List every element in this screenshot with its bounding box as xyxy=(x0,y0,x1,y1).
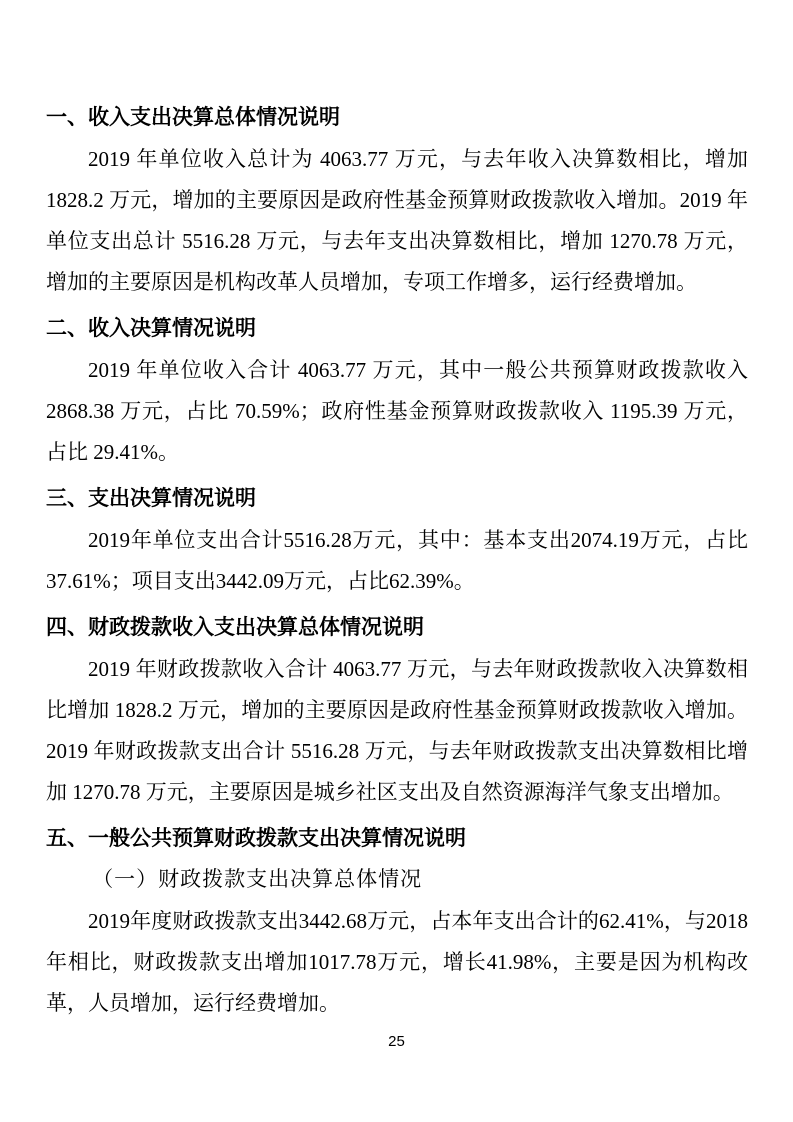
section-fiscal-appropriation-overview: 四、财政拨款收入支出决算总体情况说明 2019 年财政拨款收入合计 4063.7… xyxy=(46,607,748,813)
section-paragraph: 2019年单位支出合计5516.28万元，其中：基本支出2074.19万元，占比… xyxy=(46,520,748,602)
section-heading: 三、支出决算情况说明 xyxy=(46,478,748,519)
section-paragraph: 2019 年单位收入合计 4063.77 万元，其中一般公共预算财政拨款收入 2… xyxy=(46,350,748,473)
section-heading: 四、财政拨款收入支出决算总体情况说明 xyxy=(46,607,748,648)
section-heading: 一、收入支出决算总体情况说明 xyxy=(46,97,748,138)
section-income-final-accounts: 二、收入决算情况说明 2019 年单位收入合计 4063.77 万元，其中一般公… xyxy=(46,308,748,473)
section-expenditure-final-accounts: 三、支出决算情况说明 2019年单位支出合计5516.28万元，其中：基本支出2… xyxy=(46,478,748,602)
section-paragraph: 2019 年财政拨款收入合计 4063.77 万元，与去年财政拨款收入决算数相比… xyxy=(46,649,748,813)
page-number: 25 xyxy=(388,1033,405,1050)
section-paragraph: 2019 年单位收入总计为 4063.77 万元，与去年收入决算数相比，增加 1… xyxy=(46,139,748,303)
document-page: 一、收入支出决算总体情况说明 2019 年单位收入总计为 4063.77 万元，… xyxy=(0,0,793,1122)
section-paragraph: 2019年度财政拨款支出3442.68万元，占本年支出合计的62.41%，与20… xyxy=(46,901,748,1024)
section-heading: 二、收入决算情况说明 xyxy=(46,308,748,349)
sub-section-heading: （一）财政拨款支出决算总体情况 xyxy=(46,859,748,900)
section-public-budget-appropriation: 五、一般公共预算财政拨款支出决算情况说明 （一）财政拨款支出决算总体情况 201… xyxy=(46,818,748,1024)
page-footer: 25 xyxy=(0,1033,793,1051)
section-heading: 五、一般公共预算财政拨款支出决算情况说明 xyxy=(46,818,748,859)
section-income-expenditure-overview: 一、收入支出决算总体情况说明 2019 年单位收入总计为 4063.77 万元，… xyxy=(46,97,748,303)
document-content: 一、收入支出决算总体情况说明 2019 年单位收入总计为 4063.77 万元，… xyxy=(46,97,748,1024)
